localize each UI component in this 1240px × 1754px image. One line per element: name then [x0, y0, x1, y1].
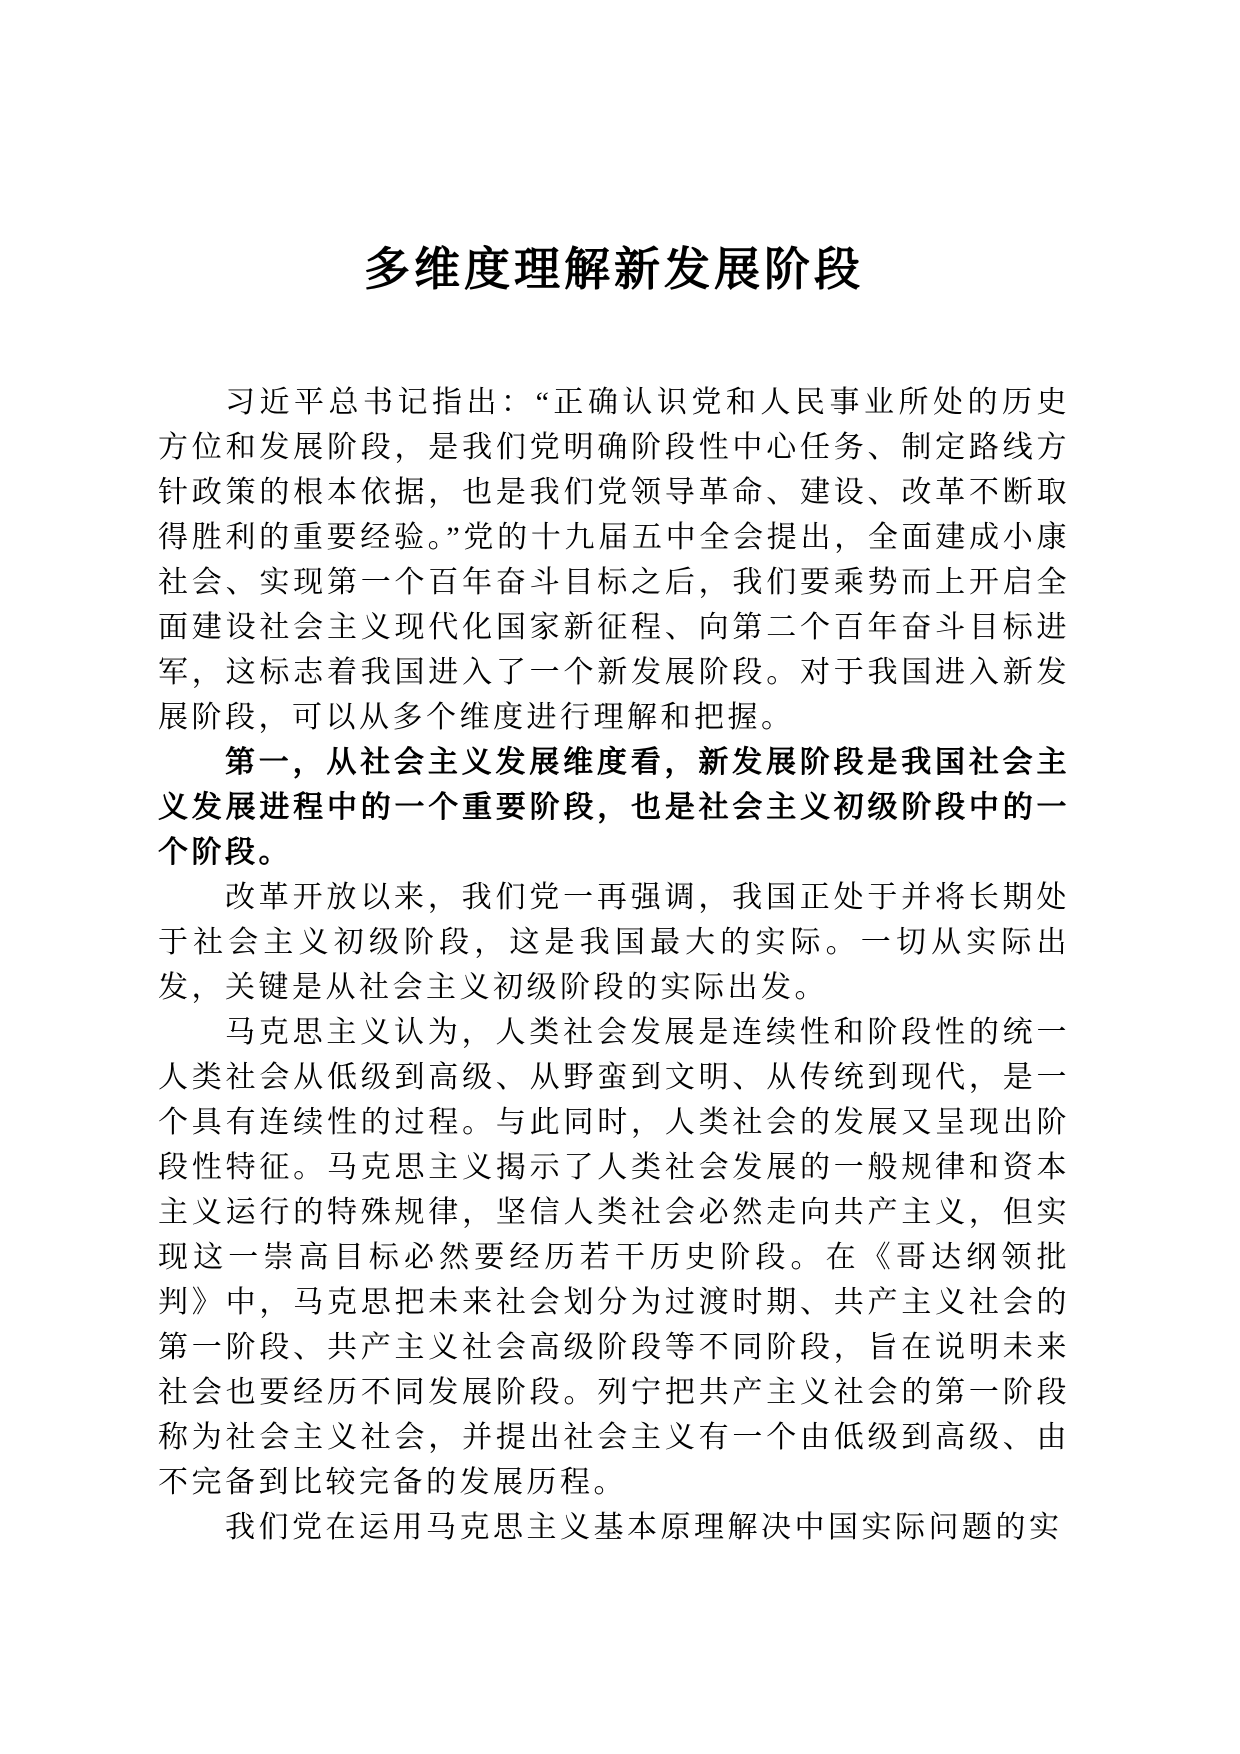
document-body: 习近平总书记指出：“正确认识党和人民事业所处的历史方位和发展阶段，是我们党明确阶…: [158, 380, 1070, 1550]
paragraph: 马克思主义认为，人类社会发展是连续性和阶段性的统一人类社会从低级到高级、从野蛮到…: [158, 1010, 1070, 1505]
paragraph: 习近平总书记指出：“正确认识党和人民事业所处的历史方位和发展阶段，是我们党明确阶…: [158, 380, 1070, 740]
document-title: 多维度理解新发展阶段: [158, 240, 1070, 300]
document-page: 多维度理解新发展阶段 习近平总书记指出：“正确认识党和人民事业所处的历史方位和发…: [0, 0, 1240, 1754]
paragraph: 我们党在运用马克思主义基本原理解决中国实际问题的实: [158, 1505, 1070, 1550]
paragraph: 改革开放以来，我们党一再强调，我国正处于并将长期处于社会主义初级阶段，这是我国最…: [158, 875, 1070, 1010]
paragraph: 第一，从社会主义发展维度看，新发展阶段是我国社会主义发展进程中的一个重要阶段，也…: [158, 740, 1070, 875]
